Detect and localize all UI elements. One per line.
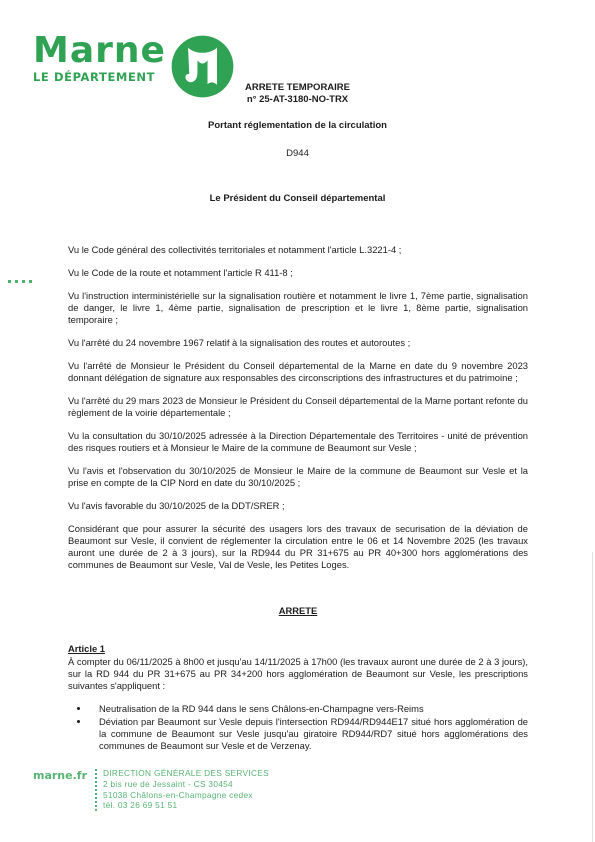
- recital-paragraph: Vu l'instruction interministérielle sur …: [68, 290, 528, 326]
- article-1-intro: À compter du 06/11/2025 à 8h00 et jusqu'…: [68, 656, 528, 692]
- footer-address-line: 51038 Châlons-en-Champagne cedex: [103, 790, 269, 801]
- doc-number: n° 25-AT-3180-NO-TRX: [0, 94, 595, 105]
- footer-address-line: tél. 03 26 69 51 51: [103, 800, 269, 811]
- doc-subject: Portant réglementation de la circulation: [0, 120, 595, 131]
- fold-marks: [8, 280, 32, 283]
- recital-paragraph: Vu le Code de la route et notamment l'ar…: [68, 267, 528, 279]
- footer-dotted-divider: [95, 769, 97, 811]
- footer-website: marne.fr: [33, 768, 87, 811]
- doc-authority: Le Président du Conseil départemental: [0, 193, 595, 204]
- recital-paragraph: Vu l'avis favorable du 30/10/2025 de la …: [68, 500, 528, 512]
- recital-paragraph: Vu l'arrêté du 24 novembre 1967 relatif …: [68, 337, 528, 349]
- decision-heading: ARRETE: [68, 605, 528, 617]
- logo-wordmark: Marne LE DÉPARTEMENT: [33, 34, 166, 84]
- recital-paragraph: Vu l'arrêté du 29 mars 2023 de Monsieur …: [68, 395, 528, 419]
- logo-brand-text: Marne: [33, 34, 166, 68]
- considering-paragraph: Considérant que pour assurer la sécurité…: [68, 523, 528, 571]
- recital-paragraph: Vu le Code général des collectivités ter…: [68, 244, 528, 256]
- prescriptions-list: Neutralisation de la RD 944 dans le sens…: [90, 703, 528, 752]
- prescription-item: Neutralisation de la RD 944 dans le sens…: [90, 703, 528, 715]
- doc-type-title: ARRETE TEMPORAIRE: [0, 82, 595, 93]
- footer-address-block: DIRECTION GÉNÉRALE DES SERVICES 2 bis ru…: [103, 768, 269, 811]
- fold-dot: [8, 280, 11, 283]
- footer-address-line: DIRECTION GÉNÉRALE DES SERVICES: [103, 768, 269, 779]
- doc-road-ref: D944: [0, 148, 595, 159]
- fold-dot: [15, 280, 18, 283]
- footer-address-line: 2 bis rue de Jessaint - CS 30454: [103, 779, 269, 790]
- scan-edge-artifact: [592, 552, 593, 842]
- document-body: Vu le Code général des collectivités ter…: [68, 244, 528, 753]
- recital-paragraph: Vu l'avis et l'observation du 30/10/2025…: [68, 465, 528, 489]
- page-footer: marne.fr DIRECTION GÉNÉRALE DES SERVICES…: [33, 768, 269, 811]
- fold-dot: [22, 280, 25, 283]
- recital-paragraph: Vu la consultation du 30/10/2025 adressé…: [68, 430, 528, 454]
- fold-dot: [29, 280, 32, 283]
- recital-paragraph: Vu l'arrêté de Monsieur le Président du …: [68, 360, 528, 384]
- article-1-heading: Article 1: [68, 643, 528, 655]
- prescription-item: Déviation par Beaumont sur Vesle depuis …: [90, 716, 528, 752]
- document-page: Marne LE DÉPARTEMENT ARRETE TEMPORAIRE n…: [0, 0, 595, 842]
